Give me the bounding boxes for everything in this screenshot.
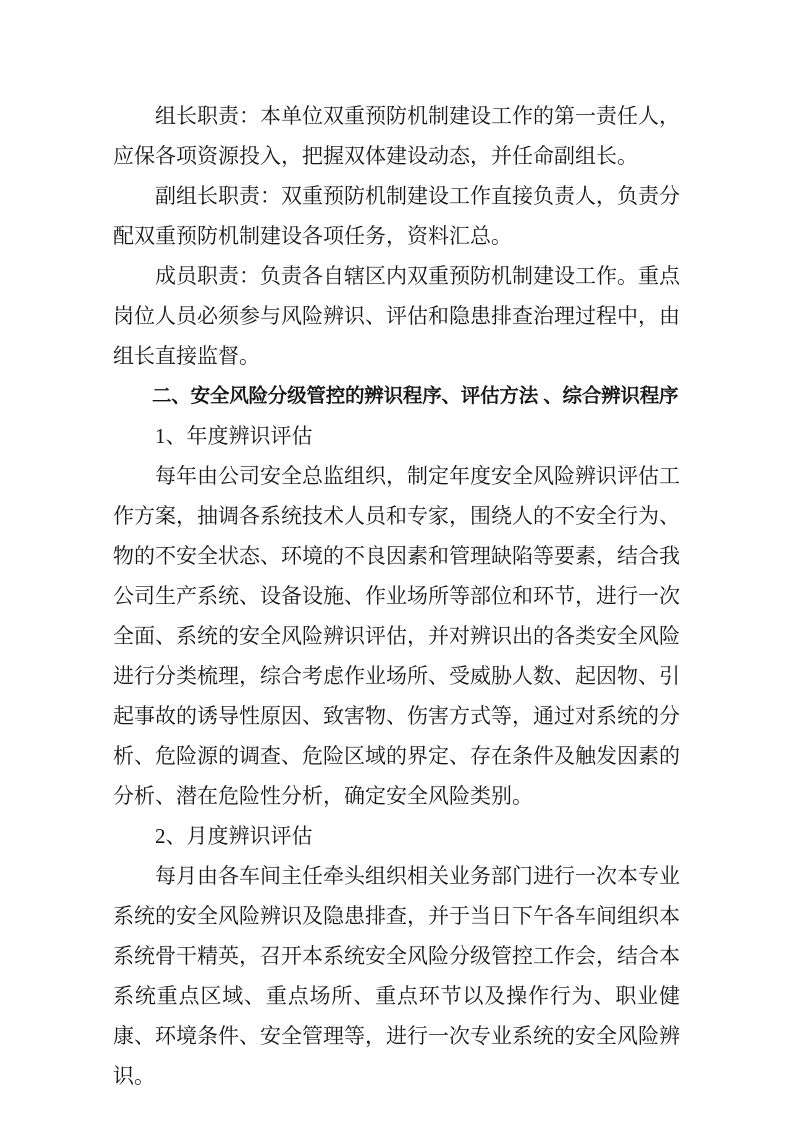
subheading-monthly-assessment: 2、月度辨识评估: [113, 816, 680, 856]
section-heading: 二、安全风险分级管控的辨识程序、评估方法 、综合辨识程序: [113, 376, 680, 416]
paragraph-annual-assessment: 每年由公司安全总监组织，制定年度安全风险辨识评估工作方案，抽调各系统技术人员和专…: [113, 456, 680, 816]
paragraph-leader-duties: 组长职责：本单位双重预防机制建设工作的第一责任人，应保各项资源投入，把握双体建设…: [113, 96, 680, 176]
paragraph-member-duties: 成员职责：负责各自辖区内双重预防机制建设工作。重点岗位人员必须参与风险辨识、评估…: [113, 256, 680, 376]
document-page: 组长职责：本单位双重预防机制建设工作的第一责任人，应保各项资源投入，把握双体建设…: [0, 0, 793, 1122]
subheading-annual-assessment: 1、年度辨识评估: [113, 416, 680, 456]
paragraph-deputy-leader-duties: 副组长职责：双重预防机制建设工作直接负责人，负责分配双重预防机制建设各项任务，资…: [113, 176, 680, 256]
document-content: 组长职责：本单位双重预防机制建设工作的第一责任人，应保各项资源投入，把握双体建设…: [113, 96, 680, 1096]
paragraph-monthly-assessment: 每月由各车间主任牵头组织相关业务部门进行一次本专业系统的安全风险辨识及隐患排查，…: [113, 856, 680, 1096]
